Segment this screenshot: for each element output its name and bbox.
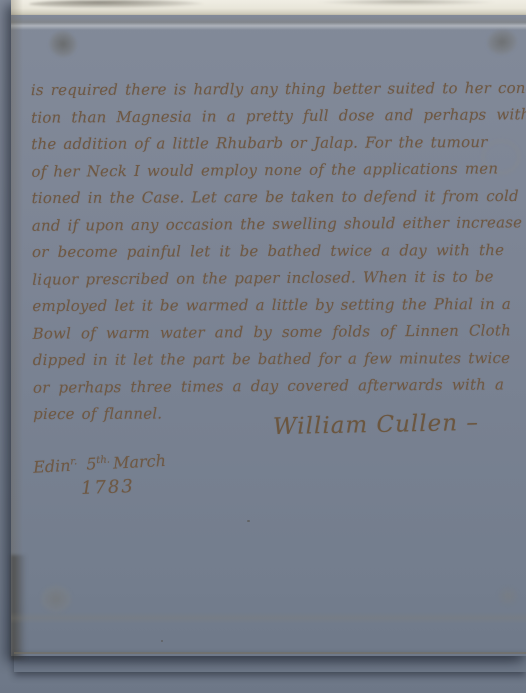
fold-crease <box>11 612 526 624</box>
paper-speck <box>247 520 250 522</box>
letter-line: and if upon any occasion the swelling sh… <box>32 209 518 239</box>
letter-line: or become painful let it be bathed twice… <box>32 237 518 266</box>
dateline-place-day: Edinr.5th.March <box>32 447 166 479</box>
letter-line: tioned in the Case. Let care be taken to… <box>32 183 518 212</box>
dateline-place: Edin <box>33 456 71 477</box>
letter-line: employed let it be warmed a little by se… <box>32 291 518 320</box>
letter-line: dipped in it let the part be bathed for … <box>33 345 519 374</box>
dateline-place-sup: r. <box>70 456 77 467</box>
underlying-sheet-edge <box>14 652 526 672</box>
letter-line: is required there is hardly any thing be… <box>31 75 517 104</box>
manuscript-scan: is required there is hardly any thing be… <box>0 0 526 693</box>
dateline-year: 1783 <box>81 475 136 501</box>
smudge-stain-bottom-right <box>493 582 523 610</box>
dateline-month: March <box>113 451 167 473</box>
letter-line: liquor prescribed on the paper inclosed.… <box>32 263 518 293</box>
letter-page: is required there is hardly any thing be… <box>11 0 526 656</box>
top-edge-marks <box>311 0 501 6</box>
letter-line: Bowl of warm water and by some folds of … <box>32 317 518 347</box>
top-edge-marks <box>29 0 204 8</box>
letter-line: of her Neck I would employ none of the a… <box>31 155 517 185</box>
letter-line: or perhaps three times a day covered aft… <box>33 371 519 401</box>
fold-crease <box>11 16 526 30</box>
letter-body: is required there is hardly any thing be… <box>31 74 519 428</box>
paper-speck <box>161 640 163 642</box>
letter-line: tion than Magnesia in a pretty full dose… <box>31 101 517 131</box>
letter-line: the addition of a little Rhubarb or Jala… <box>31 129 517 158</box>
page-edge-smudge <box>11 555 27 660</box>
paper-speck <box>441 300 443 302</box>
signature-william-cullen: William Cullen – <box>273 408 479 442</box>
dateline-day-sup: th. <box>96 454 110 466</box>
